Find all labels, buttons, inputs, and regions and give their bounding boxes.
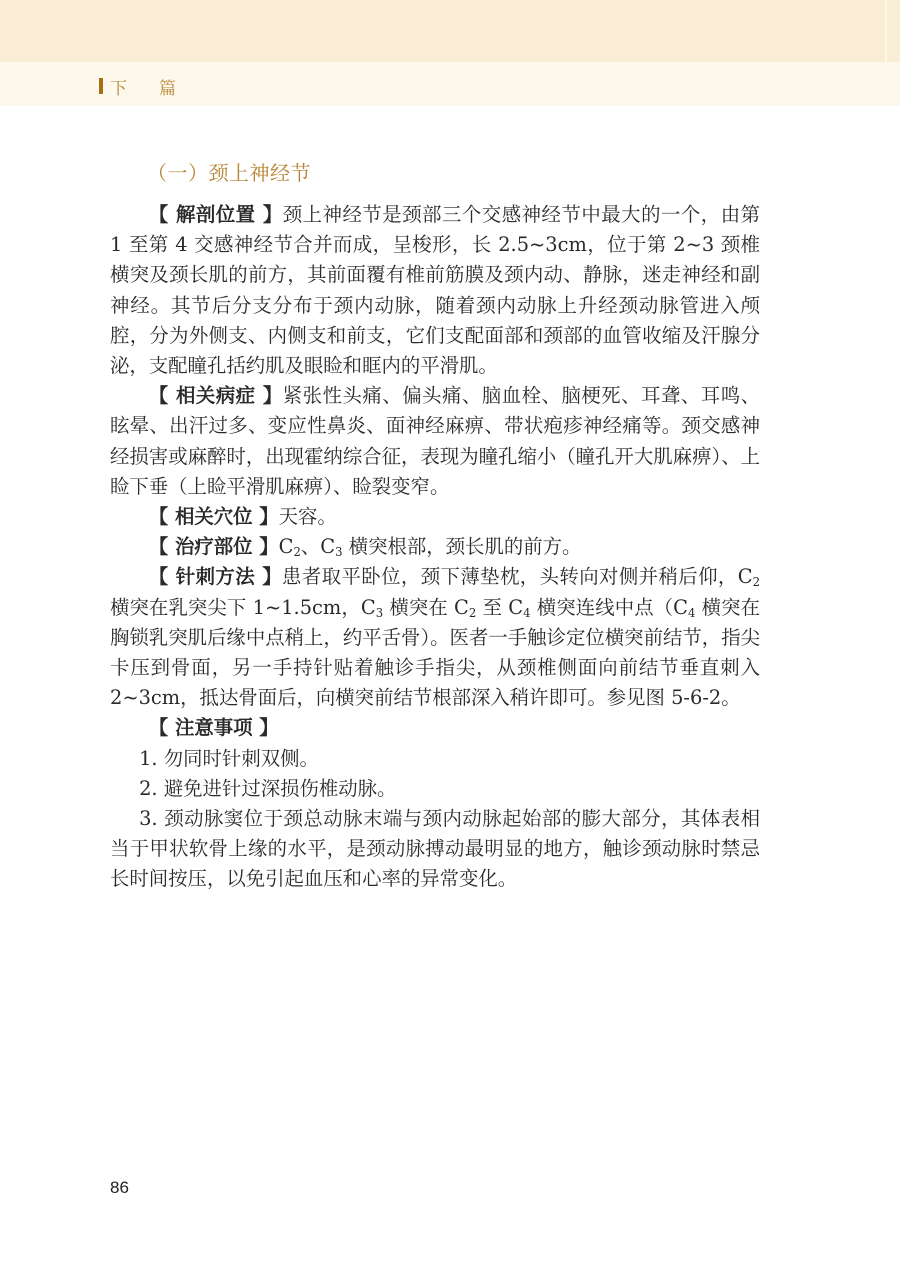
page-number: 86 xyxy=(110,1178,129,1198)
page-edge-line xyxy=(885,0,887,106)
label-anatomy: 【 解剖位置 】 xyxy=(149,203,283,226)
text-needling: 横突在乳突尖下 1~1.5cm，C xyxy=(110,596,376,619)
label-treatment-site: 【 治疗部位 】 xyxy=(149,535,279,558)
paragraph-acupoints: 【 相关穴位 】天容。 xyxy=(110,502,760,532)
running-head-char-2: 篇 xyxy=(159,74,176,99)
text-c: C xyxy=(320,535,335,558)
subscript: 2 xyxy=(294,545,301,559)
running-head: 下 篇 xyxy=(99,74,176,98)
running-head-bar-icon xyxy=(99,78,103,94)
label-diseases: 【 相关病症 】 xyxy=(149,384,283,407)
text-needling: 患者取平卧位，颈下薄垫枕，头转向对侧并稍后仰，C xyxy=(282,565,753,588)
text-needling: 横突连线中点（C xyxy=(531,596,688,619)
paragraph-anatomy: 【 解剖位置 】颈上神经节是颈部三个交感神经节中最大的一个，由第 1 至第 4 … xyxy=(110,200,760,381)
label-acupoints: 【 相关穴位 】 xyxy=(149,505,279,528)
text-treatment-site: 横突根部，颈长肌的前方。 xyxy=(343,535,582,558)
subscript: 2 xyxy=(753,575,760,589)
running-head-char-1: 下 xyxy=(110,74,127,99)
body-content: 【 解剖位置 】颈上神经节是颈部三个交感神经节中最大的一个，由第 1 至第 4 … xyxy=(110,200,760,895)
text-sep: 、 xyxy=(301,535,320,558)
header-band xyxy=(0,0,900,62)
precaution-item-2: 2. 避免进针过深损伤椎动脉。 xyxy=(110,774,760,804)
precaution-item-3: 3. 颈动脉窦位于颈总动脉末端与颈内动脉起始部的膨大部分，其体表相当于甲状软骨上… xyxy=(110,804,760,895)
subscript: 3 xyxy=(376,606,383,620)
text-needling: 至 C xyxy=(476,596,523,619)
paragraph-needling: 【 针刺方法 】患者取平卧位，颈下薄垫枕，头转向对侧并稍后仰，C2 横突在乳突尖… xyxy=(110,562,760,713)
text-c: C xyxy=(279,535,294,558)
paragraph-diseases: 【 相关病症 】紧张性头痛、偏头痛、脑血栓、脑梗死、耳聋、耳鸣、眩晕、出汗过多、… xyxy=(110,381,760,502)
text-anatomy: 颈上神经节是颈部三个交感神经节中最大的一个，由第 1 至第 4 交感神经节合并而… xyxy=(110,203,760,377)
subscript: 4 xyxy=(523,606,530,620)
subscript: 3 xyxy=(335,545,342,559)
label-precautions: 【 注意事项 】 xyxy=(149,716,279,739)
section-title: （一）颈上神经节 xyxy=(147,157,311,186)
label-needling: 【 针刺方法 】 xyxy=(149,565,282,588)
text-acupoints: 天容。 xyxy=(279,505,337,528)
paragraph-precautions-heading: 【 注意事项 】 xyxy=(110,713,760,743)
paragraph-treatment-site: 【 治疗部位 】C2、C3 横突根部，颈长肌的前方。 xyxy=(110,532,760,562)
text-needling: 横突在 C xyxy=(383,596,469,619)
precaution-item-1: 1. 勿同时针刺双侧。 xyxy=(110,744,760,774)
